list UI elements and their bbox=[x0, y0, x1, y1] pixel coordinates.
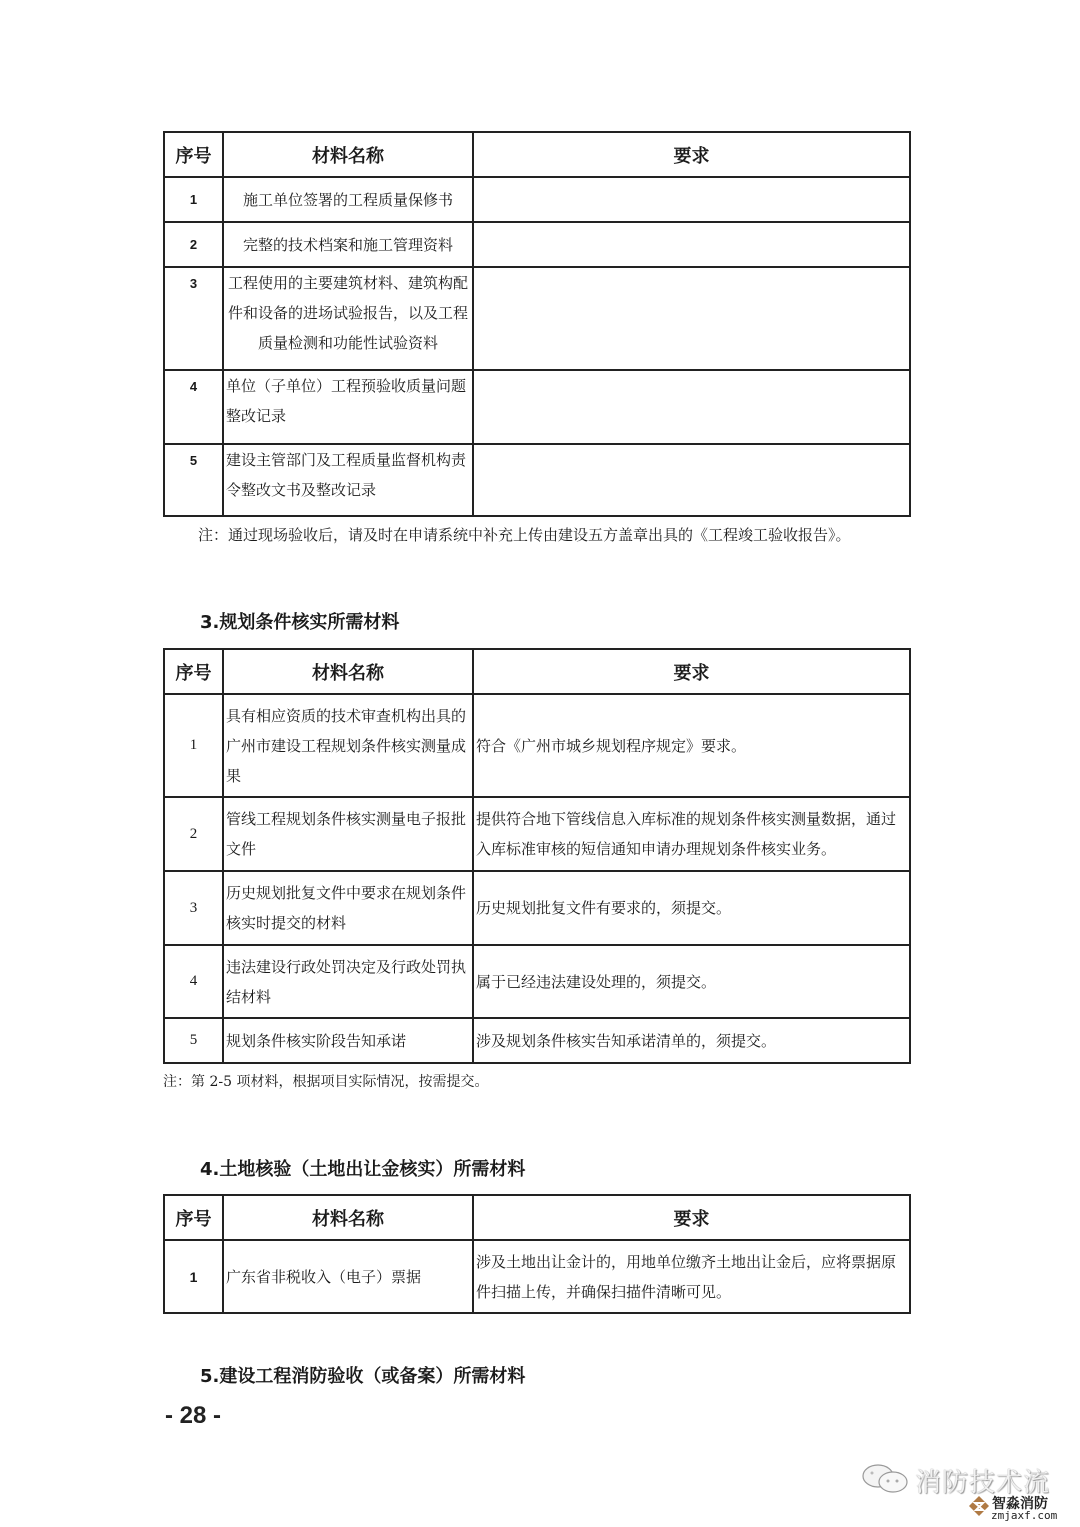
row-name: 完整的技术档案和施工管理资料 bbox=[223, 222, 473, 267]
section-title-fire-acceptance: 5.建设工程消防验收（或备案）所需材料 bbox=[200, 1362, 525, 1388]
brand-logo-icon bbox=[968, 1495, 990, 1517]
table-row: 5 规划条件核实阶段告知承诺 涉及规划条件核实告知承诺清单的，须提交。 bbox=[164, 1018, 910, 1063]
page-number: - 28 - bbox=[165, 1402, 221, 1430]
header-name: 材料名称 bbox=[223, 649, 473, 694]
row-name: 规划条件核实阶段告知承诺 bbox=[223, 1018, 473, 1063]
row-name: 具有相应资质的技术审查机构出具的广州市建设工程规划条件核实测量成果 bbox=[223, 694, 473, 797]
row-requirement: 提供符合地下管线信息入库标准的规划条件核实测量数据，通过入库标准审核的短信通知申… bbox=[473, 797, 910, 871]
row-no: 4 bbox=[164, 370, 223, 444]
land-verification-table: 序号 材料名称 要求 1 广东省非税收入（电子）票据 涉及土地出让金计的，用地单… bbox=[163, 1194, 911, 1314]
row-name: 管线工程规划条件核实测量电子报批文件 bbox=[223, 797, 473, 871]
row-name: 广东省非税收入（电子）票据 bbox=[223, 1240, 473, 1313]
wechat-icon bbox=[860, 1462, 912, 1496]
table-row: 4 违法建设行政处罚决定及行政处罚执结材料 属于已经违法建设处理的，须提交。 bbox=[164, 945, 910, 1018]
header-requirement: 要求 bbox=[473, 649, 910, 694]
watermark-url: zmjaxf.com bbox=[991, 1509, 1057, 1522]
table-row: 2 管线工程规划条件核实测量电子报批文件 提供符合地下管线信息入库标准的规划条件… bbox=[164, 797, 910, 871]
row-no: 1 bbox=[164, 694, 223, 797]
table-row: 1 广东省非税收入（电子）票据 涉及土地出让金计的，用地单位缴齐土地出让金后，应… bbox=[164, 1240, 910, 1313]
table-row: 3 历史规划批复文件中要求在规划条件核实时提交的材料 历史规划批复文件有要求的，… bbox=[164, 871, 910, 945]
row-requirement bbox=[473, 222, 910, 267]
row-requirement: 符合《广州市城乡规划程序规定》要求。 bbox=[473, 694, 910, 797]
header-no: 序号 bbox=[164, 649, 223, 694]
table-header-row: 序号 材料名称 要求 bbox=[164, 132, 910, 177]
table-row: 2 完整的技术档案和施工管理资料 bbox=[164, 222, 910, 267]
planning-verification-table: 序号 材料名称 要求 1 具有相应资质的技术审查机构出具的广州市建设工程规划条件… bbox=[163, 648, 911, 1064]
row-requirement: 历史规划批复文件有要求的，须提交。 bbox=[473, 871, 910, 945]
table-row: 3 工程使用的主要建筑材料、建筑构配件和设备的进场试验报告，以及工程质量检测和功… bbox=[164, 267, 910, 370]
row-requirement bbox=[473, 267, 910, 370]
table-header-row: 序号 材料名称 要求 bbox=[164, 1195, 910, 1240]
row-name: 单位（子单位）工程预验收质量问题整改记录 bbox=[223, 370, 473, 444]
row-requirement: 涉及规划条件核实告知承诺清单的，须提交。 bbox=[473, 1018, 910, 1063]
table1-note: 注：通过现场验收后，请及时在申请系统中补充上传由建设五方盖章出具的《工程竣工验收… bbox=[198, 524, 851, 545]
row-name: 工程使用的主要建筑材料、建筑构配件和设备的进场试验报告，以及工程质量检测和功能性… bbox=[223, 267, 473, 370]
row-requirement bbox=[473, 177, 910, 222]
materials-table-completion: 序号 材料名称 要求 1 施工单位签署的工程质量保修书 2 完整的技术档案和施工… bbox=[163, 131, 911, 517]
row-no: 4 bbox=[164, 945, 223, 1018]
header-no: 序号 bbox=[164, 1195, 223, 1240]
header-no: 序号 bbox=[164, 132, 223, 177]
row-name: 历史规划批复文件中要求在规划条件核实时提交的材料 bbox=[223, 871, 473, 945]
row-requirement: 涉及土地出让金计的，用地单位缴齐土地出让金后，应将票据原件扫描上传，并确保扫描件… bbox=[473, 1240, 910, 1313]
row-name: 建设主管部门及工程质量监督机构责令整改文书及整改记录 bbox=[223, 444, 473, 516]
row-no: 5 bbox=[164, 444, 223, 516]
row-requirement bbox=[473, 444, 910, 516]
table-row: 1 施工单位签署的工程质量保修书 bbox=[164, 177, 910, 222]
table-row: 1 具有相应资质的技术审查机构出具的广州市建设工程规划条件核实测量成果 符合《广… bbox=[164, 694, 910, 797]
row-requirement bbox=[473, 370, 910, 444]
row-no: 3 bbox=[164, 871, 223, 945]
row-requirement: 属于已经违法建设处理的，须提交。 bbox=[473, 945, 910, 1018]
table-row: 5 建设主管部门及工程质量监督机构责令整改文书及整改记录 bbox=[164, 444, 910, 516]
row-no: 3 bbox=[164, 267, 223, 370]
row-no: 2 bbox=[164, 222, 223, 267]
header-requirement: 要求 bbox=[473, 132, 910, 177]
header-name: 材料名称 bbox=[223, 132, 473, 177]
row-name: 施工单位签署的工程质量保修书 bbox=[223, 177, 473, 222]
row-no: 1 bbox=[164, 177, 223, 222]
section-title-land-verification: 4.土地核验（土地出让金核实）所需材料 bbox=[200, 1155, 525, 1181]
section-title-planning-verification: 3.规划条件核实所需材料 bbox=[200, 608, 399, 634]
header-requirement: 要求 bbox=[473, 1195, 910, 1240]
table-row: 4 单位（子单位）工程预验收质量问题整改记录 bbox=[164, 370, 910, 444]
row-no: 5 bbox=[164, 1018, 223, 1063]
row-name: 违法建设行政处罚决定及行政处罚执结材料 bbox=[223, 945, 473, 1018]
row-no: 1 bbox=[164, 1240, 223, 1313]
row-no: 2 bbox=[164, 797, 223, 871]
table-header-row: 序号 材料名称 要求 bbox=[164, 649, 910, 694]
section3-note: 注：第 2-5 项材料，根据项目实际情况，按需提交。 bbox=[163, 1071, 488, 1091]
header-name: 材料名称 bbox=[223, 1195, 473, 1240]
watermark: 消防技术流 智淼消防 zmjaxf.com bbox=[860, 1462, 1070, 1522]
